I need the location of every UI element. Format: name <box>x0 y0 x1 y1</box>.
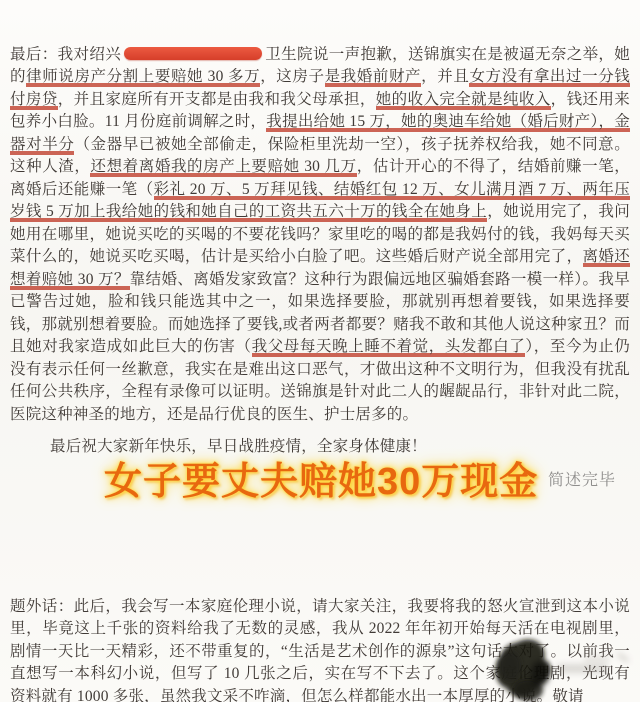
headline-banner: 女子要丈夫赔她30万现金 <box>104 450 538 505</box>
redaction-bar <box>124 47 262 60</box>
summary-complete-note: 简述完毕 <box>548 467 616 490</box>
statement-paragraph: 最后：我对绍兴卫生院说一声抱歉，送锦旗实在是被逼无奈之举，她的律师说房产分割上要… <box>10 44 630 427</box>
post-screenshot: 最后：我对绍兴卫生院说一声抱歉，送锦旗实在是被逼无奈之举，她的律师说房产分割上要… <box>0 0 640 702</box>
underlined-phrase: 是我婚前财产 <box>325 68 422 87</box>
underlined-phrase: 她的收入完全就是纯收入 <box>376 91 551 110</box>
text-segment: ，并且家庭所有开支都是由我和我父母承担， <box>58 91 376 108</box>
underlined-phrase: 还想着离婚我的房产上要赔她 30 几万 <box>90 158 356 177</box>
ink-scribble <box>488 634 638 702</box>
text-segment: 最后：我对绍兴 <box>10 46 121 63</box>
text-segment: ，这房子 <box>260 68 324 85</box>
text-segment: ，并且 <box>421 68 469 85</box>
underlined-phrase: 我父母每天晚上睡不着觉，头发都白了 <box>252 338 526 357</box>
underlined-phrase: 律师说房产分割上要赔她 30 多万 <box>26 68 260 87</box>
